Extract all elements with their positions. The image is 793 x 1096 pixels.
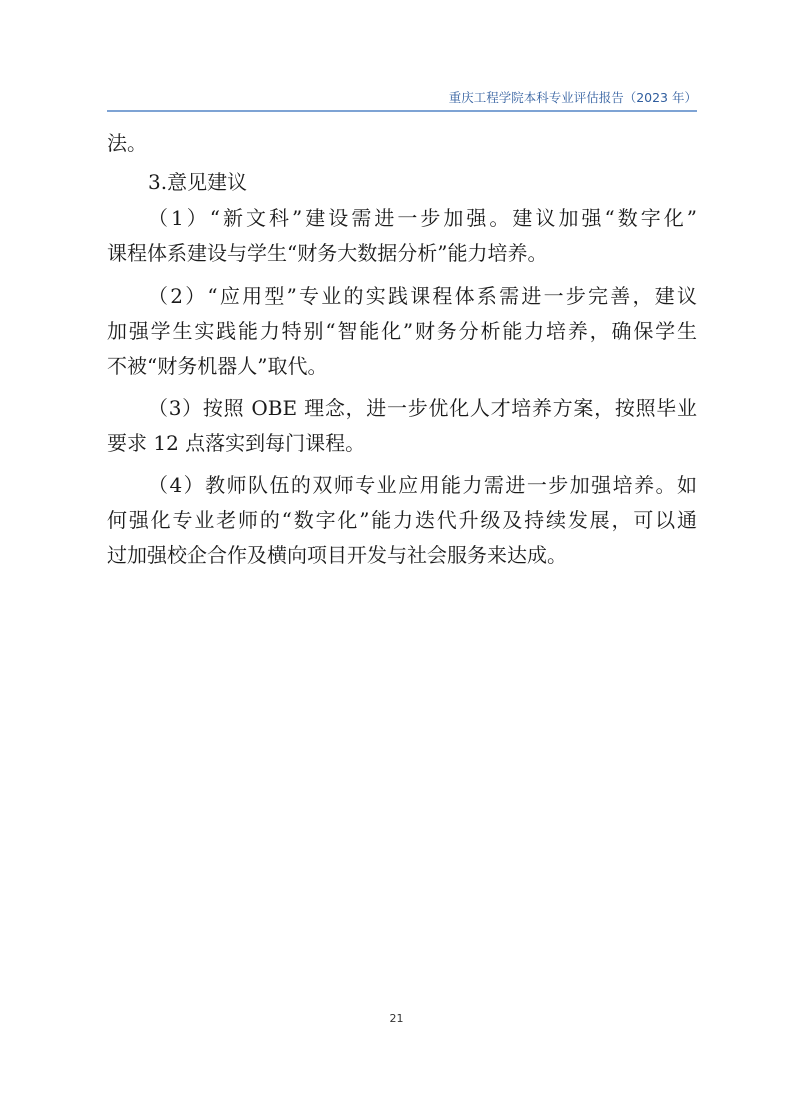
page-number: 21: [0, 1012, 793, 1025]
suggestion-4-line-1: （4）教师队伍的双师专业应用能力需进一步加强培养。如: [107, 473, 697, 497]
section-heading: 3.意见建议: [107, 170, 697, 194]
suggestion-3-line-2: 要求 12 点落实到每门课程。: [107, 431, 697, 455]
suggestion-2-line-2: 加强学生实践能力特别“智能化”财务分析能力培养，确保学生: [107, 319, 697, 343]
suggestion-3-line-1: （3）按照 OBE 理念，进一步优化人才培养方案，按照毕业: [107, 396, 697, 420]
header-divider: [107, 110, 697, 112]
running-header-title: 重庆工程学院本科专业评估报告（2023 年）: [449, 88, 697, 106]
suggestion-2-line-3: 不被“财务机器人”取代。: [107, 354, 697, 378]
suggestion-4-line-2: 何强化专业老师的“数字化”能力迭代升级及持续发展，可以通: [107, 508, 697, 532]
suggestion-1-line-1: （1）“新文科”建设需进一步加强。建议加强“数字化”: [107, 206, 697, 230]
document-page: 重庆工程学院本科专业评估报告（2023 年） 法。 3.意见建议 （1）“新文科…: [0, 0, 793, 1096]
suggestion-1-line-2: 课程体系建设与学生“财务大数据分析”能力培养。: [107, 241, 697, 265]
suggestion-4-line-3: 过加强校企合作及横向项目开发与社会服务来达成。: [107, 543, 697, 567]
continuation-line: 法。: [107, 131, 697, 155]
suggestion-2-line-1: （2）“应用型”专业的实践课程体系需进一步完善，建议: [107, 284, 697, 308]
